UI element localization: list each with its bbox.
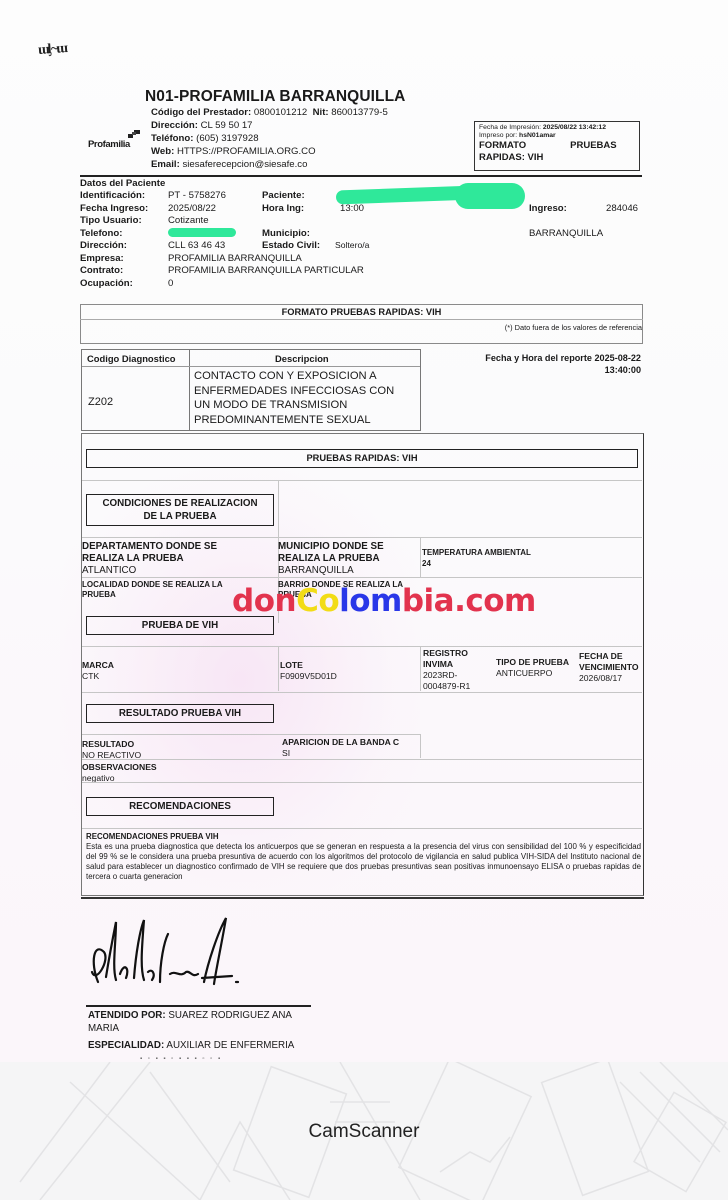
- lote-field: LOTEF0909V5D01D: [280, 660, 337, 682]
- format-title: FORMATO PRUEBAS RAPIDAS: VIH: [80, 307, 643, 317]
- direccion-label: Dirección:: [80, 240, 127, 251]
- departamento-field: DEPARTAMENTO DONDE SE REALIZA LA PRUEBA …: [82, 541, 217, 577]
- diagnosis-code-header: Codigo Diagnostico: [87, 353, 176, 364]
- resultado-title: RESULTADO PRUEBA VIH: [86, 704, 274, 723]
- estado-civil-label: Estado Civil:: [262, 240, 320, 251]
- print-info-box: Fecha de Impresión: 2025/08/22 13:42:12 …: [474, 121, 640, 171]
- direccion-line: Dirección: CL 59 50 17: [151, 120, 253, 131]
- recomendaciones-title: RECOMENDACIONES: [86, 797, 274, 816]
- direccion-value: CLL 63 46 43: [168, 240, 225, 251]
- identificacion-label: Identificación:: [80, 190, 145, 201]
- hora-ing-value: 13:00: [340, 203, 364, 214]
- municipio-value: BARRANQUILLA: [529, 228, 603, 239]
- marca-field: MARCACTK: [82, 660, 114, 682]
- diagnosis-description: CONTACTO CON Y EXPOSICION A ENFERMEDADES…: [194, 369, 394, 427]
- patient-section-title: Datos del Paciente: [80, 178, 165, 189]
- report-datetime: Fecha y Hora del reporte 2025-08-22 13:4…: [485, 352, 641, 376]
- empresa-value: PROFAMILIA BARRANQUILLA: [168, 253, 302, 264]
- localidad-field: LOCALIDAD DONDE SE REALIZA LA PRUEBA: [82, 580, 223, 600]
- registro-field: REGISTROINVIMA 2023RD-0004879-R1: [423, 648, 470, 692]
- conditions-title: CONDICIONES DE REALIZACIONDE LA PRUEBA: [86, 494, 274, 526]
- tipo-prueba-field: TIPO DE PRUEBAANTICUERPO: [496, 657, 569, 679]
- patient-name-redaction-end: [455, 183, 525, 209]
- vencimiento-field: FECHA DEVENCIMIENTO 2026/08/17: [579, 651, 639, 684]
- ingreso-value: 284046: [606, 203, 638, 214]
- diagnosis-table: Codigo Diagnostico Descripcion Z202 CONT…: [81, 349, 421, 431]
- phone-redaction: [168, 228, 236, 237]
- estado-civil-value: Soltero/a: [335, 240, 369, 250]
- telefono-line: Teléfono: (605) 3197928: [151, 133, 259, 144]
- fecha-ingreso-value: 2025/08/22: [168, 203, 216, 214]
- signature-line: [86, 1005, 311, 1007]
- municipio-label: Municipio:: [262, 228, 310, 239]
- format-divider: [80, 319, 643, 320]
- handwritten-mark: ɯᶅ ~ɯ: [37, 41, 66, 59]
- temperatura-field: TEMPERATURA AMBIENTAL 24: [422, 547, 531, 569]
- tipo-usuario-value: Cotizante: [168, 215, 209, 226]
- test-section-bottom-rule: [81, 897, 644, 899]
- reco-label: RECOMENDACIONES PRUEBA VIH: [86, 831, 219, 842]
- web-line: Web: HTTPS://PROFAMILIA.ORG.CO: [151, 146, 316, 157]
- empresa-label: Empresa:: [80, 253, 124, 264]
- observaciones-field: OBSERVACIONESnegativo: [82, 762, 157, 784]
- codigo-prestador-line: Código del Prestador: 0800101212 Nit: 86…: [151, 107, 388, 118]
- tipo-usuario-label: Tipo Usuario:: [80, 215, 142, 226]
- camscanner-footer: CamScanner: [0, 1062, 728, 1200]
- paciente-label: Paciente:: [262, 190, 305, 201]
- fecha-ingreso-label: Fecha Ingreso:: [80, 203, 148, 214]
- scanned-document: ɯᶅ ~ɯ N01-PROFAMILIA BARRANQUILLA Código…: [0, 0, 728, 1062]
- reference-note: (*) Dato fuera de los valores de referen…: [505, 323, 642, 332]
- especialidad: ESPECIALIDAD: AUXILIAR DE ENFERMERIA: [88, 1040, 294, 1051]
- diagnosis-code: Z202: [88, 396, 113, 408]
- atendido-por: ATENDIDO POR: SUAREZ RODRIGUEZ ANA: [88, 1010, 292, 1021]
- municipio-field: MUNICIPIO DONDE SE REALIZA LA PRUEBA BAR…: [278, 541, 384, 577]
- telefono-label: Telefono:: [80, 228, 122, 239]
- watermark: donColombia.com: [232, 583, 536, 619]
- contrato-label: Contrato:: [80, 265, 123, 276]
- identificacion-value: PT - 5758276: [168, 190, 226, 201]
- signature-icon: [86, 912, 246, 992]
- hora-ing-label: Hora Ing:: [262, 203, 304, 214]
- contrato-value: PROFAMILIA BARRANQUILLA PARTICULAR: [168, 265, 364, 276]
- banda-field: APARICION DE LA BANDA CSI: [282, 737, 399, 759]
- test-title: PRUEBAS RAPIDAS: VIH: [86, 449, 638, 468]
- ocupacion-label: Ocupación:: [80, 278, 133, 289]
- ingreso-label: Ingreso:: [529, 203, 567, 214]
- recommendations-text: Esta es una prueba diagnostica que detec…: [86, 842, 641, 882]
- email-line: Email: siesaferecepcion@siesafe.co: [151, 159, 307, 170]
- header-divider: [80, 175, 642, 177]
- ocupacion-value: 0: [168, 278, 173, 289]
- atendido-por-cont: MARIA: [88, 1023, 119, 1034]
- camscanner-label: CamScanner: [0, 1121, 728, 1143]
- institution-title: N01-PROFAMILIA BARRANQUILLA: [145, 88, 405, 106]
- diagnosis-desc-header: Descripcion: [275, 353, 329, 364]
- resultado-field: RESULTADONO REACTIVO: [82, 739, 141, 761]
- logo-mark-icon: [128, 130, 140, 138]
